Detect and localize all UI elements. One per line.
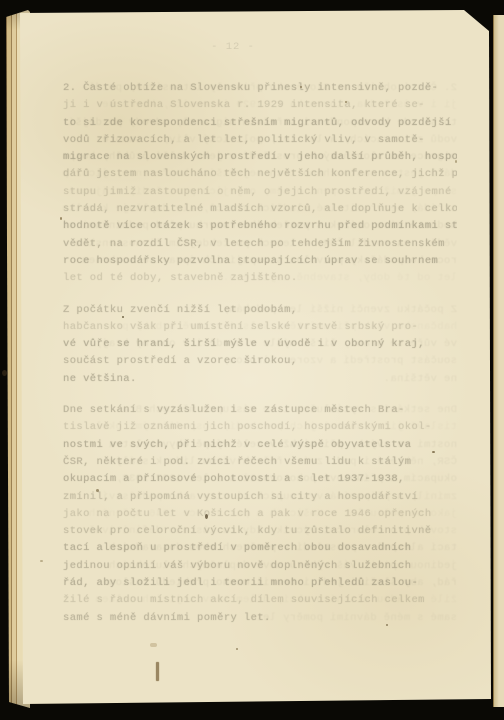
page-edge-shading: [0, 0, 504, 720]
speck: [386, 624, 388, 626]
scanned-page-photo: - 12 - 2. Časté obtíže na Slovensku přin…: [0, 0, 504, 720]
speck: [60, 217, 62, 220]
speck: [122, 316, 124, 318]
speck: [2, 370, 7, 376]
speck: [205, 514, 208, 519]
speck: [345, 101, 347, 103]
speck: [300, 86, 302, 88]
speck: [96, 489, 99, 492]
speck: [236, 648, 238, 650]
speck: [455, 160, 457, 163]
bottom-ink-mark: [156, 662, 159, 681]
bottom-smudge: [150, 643, 157, 647]
next-page-sliver: [493, 15, 504, 707]
speck: [40, 560, 43, 562]
speck: [432, 451, 435, 453]
